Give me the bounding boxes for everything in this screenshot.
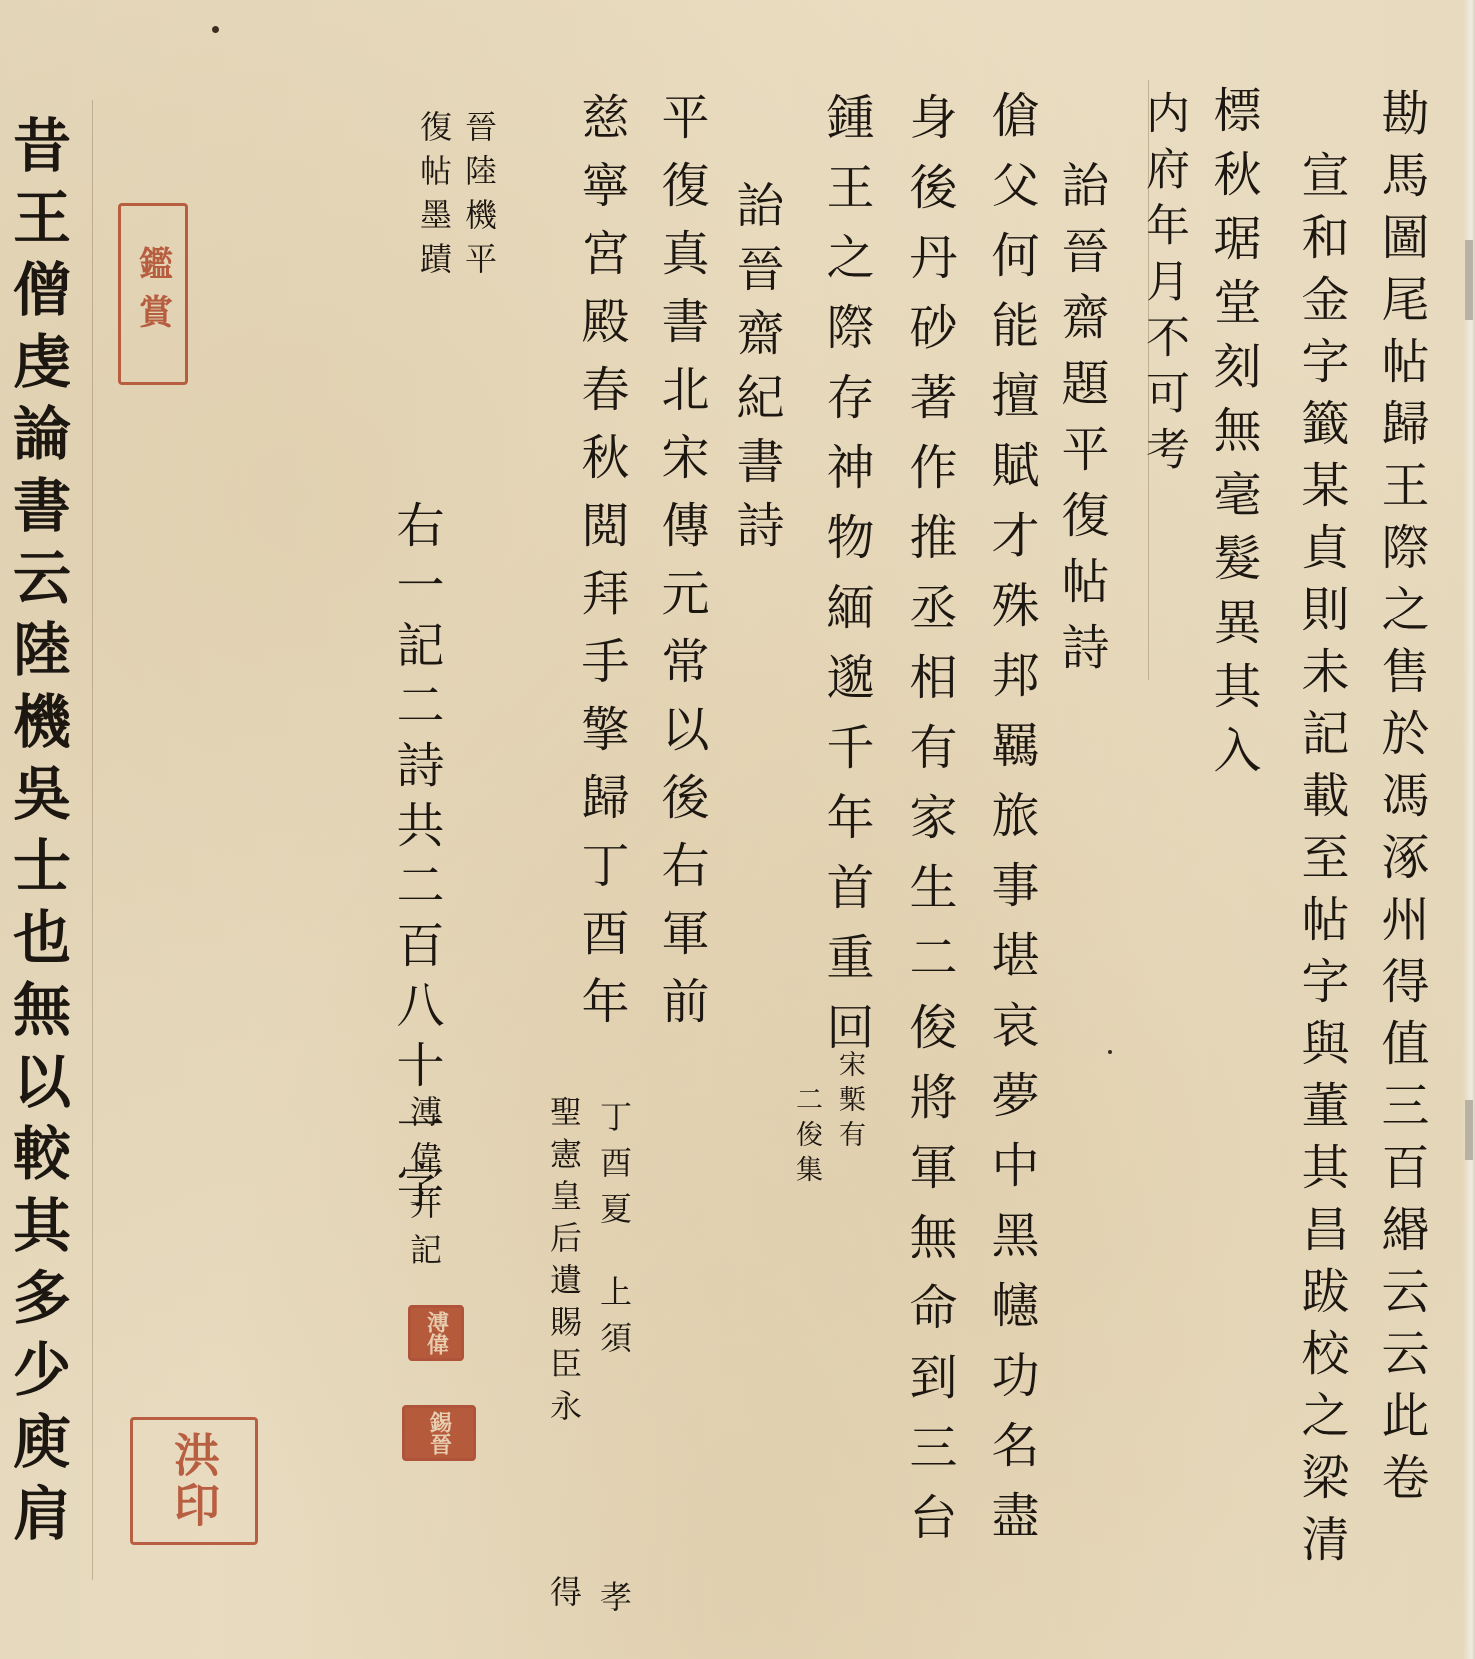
annotation-xiao: 孝 — [598, 1580, 630, 1622]
column-1: 勘馬圖尾帖歸王際之售於馮涿州得值三百緡云云此卷 — [1377, 88, 1425, 1514]
seal-signature-2-text: 錫晉 — [424, 1411, 455, 1455]
page-tab — [1465, 240, 1473, 320]
column-left-sheet: 昔王僧虔論書云陸機吳士也無以較其多少庾肩 — [8, 115, 66, 1555]
seal-signature-2: 錫晉 — [402, 1405, 476, 1461]
annotation-shang-xu: 上須 — [598, 1275, 630, 1367]
ink-speck — [212, 26, 219, 33]
signature: 溥偉并記 — [408, 1095, 440, 1279]
annotation-shengxian: 聖憲皇后遺賜臣永 — [548, 1095, 580, 1431]
column-divider — [1148, 80, 1149, 680]
seal-signature-1-text: 溥偉 — [421, 1311, 452, 1355]
column-5: 詒晉齋題平復帖詩 — [1057, 160, 1105, 688]
annotation-songqie: 宋槧有 — [836, 1050, 863, 1155]
column-2: 宣和金字籤某貞則未記載至帖字與董其昌跋校之梁清 — [1297, 150, 1345, 1576]
seal-signature-1: 溥偉 — [408, 1305, 464, 1361]
column-8: 鍾王之際存神物緬邈千年首重回 — [822, 92, 870, 1072]
column-10: 平復真書北宋傳元常以後右軍前 — [657, 92, 705, 1044]
seal-top-left-text: 鑑賞 — [129, 246, 178, 342]
column-9: 詒晉齋紀書詩 — [732, 180, 780, 564]
column-7: 身後丹砂著作推丞相有家生二俊將軍無命到三台 — [905, 92, 953, 1562]
sheet-divider — [92, 100, 93, 1580]
seal-bottom-left-text: 洪印 — [161, 1431, 227, 1531]
annotation-dingyou-xia: 丁酉夏 — [598, 1100, 630, 1238]
column-11: 慈寧宮殿春秋閲拜手擎歸丁酉年 — [577, 92, 625, 1044]
column-3: 標秋琚堂刻無毫髮異其入 — [1209, 85, 1257, 789]
title-note-1: 晉陸機平 — [463, 110, 495, 286]
annotation-de: 得 — [548, 1575, 580, 1617]
column-6: 傖父何能擅賦才殊邦羈旅事堪哀夢中黑幰功名盡 — [987, 90, 1035, 1560]
title-note-2: 復帖墨蹟 — [418, 110, 450, 286]
page-tab — [1465, 1100, 1473, 1160]
calligraphy-page: 勘馬圖尾帖歸王際之售於馮涿州得值三百緡云云此卷 宣和金字籤某貞則未記載至帖字與董… — [0, 0, 1475, 1659]
ink-speck — [1108, 1050, 1112, 1054]
annotation-erjunji: 二俊集 — [793, 1085, 820, 1190]
seal-top-left: 鑑賞 — [118, 203, 188, 385]
seal-bottom-left: 洪印 — [130, 1417, 258, 1545]
